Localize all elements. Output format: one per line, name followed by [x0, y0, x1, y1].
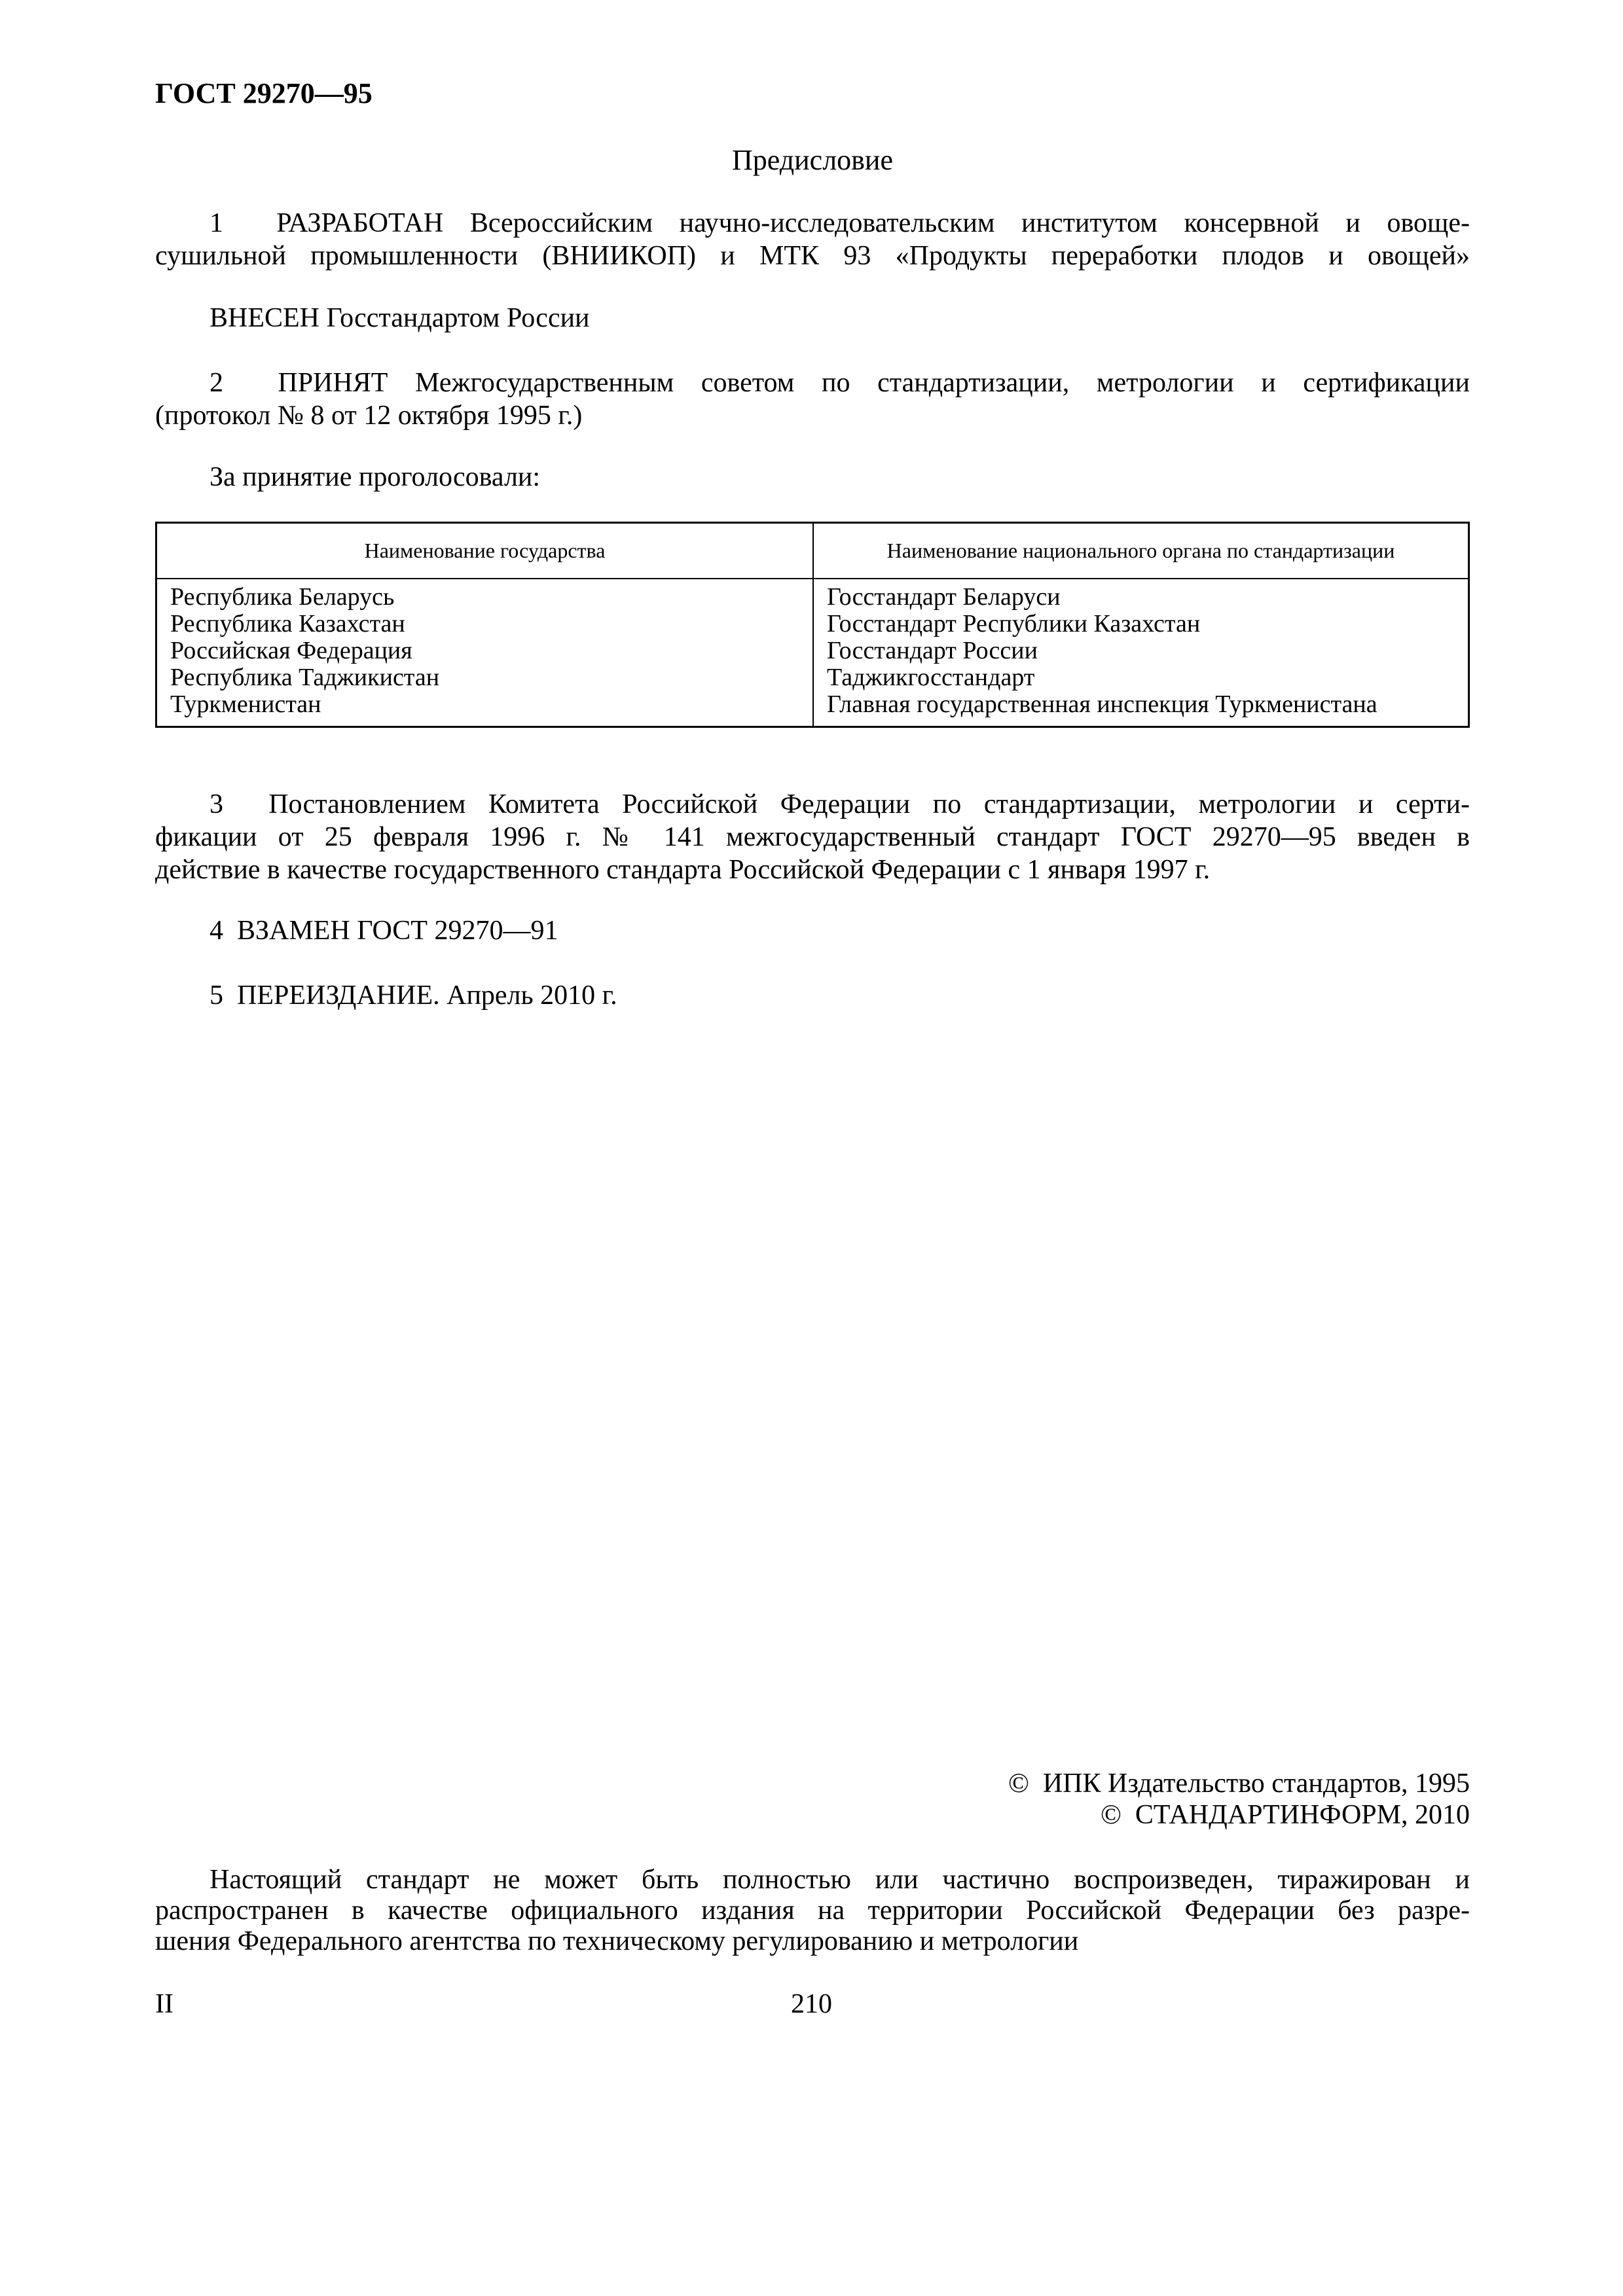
foreword-item-3: 3 Постановлением Комитета Российской Фед…	[155, 788, 1470, 886]
copyright-line: © СТАНДАРТИНФОРМ, 2010	[155, 1799, 1470, 1831]
paragraph-line: ВНЕСЕН Госстандартом России	[155, 302, 1470, 334]
table-cell-state: Республика Беларусь	[170, 584, 799, 611]
table-cell-state: Российская Федерация	[170, 637, 799, 664]
paragraph-line: 3 Постановлением Комитета Российской Фед…	[155, 788, 1470, 821]
foreword-item-5: 5 ПЕРЕИЗДАНИЕ. Апрель 2010 г.	[155, 979, 1470, 1012]
vote-table-header-body: Наименование национального органа по ста…	[814, 524, 1468, 579]
paragraph-line: распространен в качестве официального из…	[155, 1895, 1470, 1926]
document-page: ГОСТ 29270—95 Предисловие 1 РАЗРАБОТАН В…	[0, 0, 1623, 2296]
foreword-item-4: 4 ВЗАМЕН ГОСТ 29270—91	[155, 914, 1470, 947]
doc-number: ГОСТ 29270—95	[155, 77, 1470, 110]
page-title: Предисловие	[155, 144, 1470, 177]
vote-table-column-bodies: Госстандарт Беларуси Госстандарт Республ…	[814, 579, 1468, 726]
vote-table: Наименование государства Наименование на…	[155, 522, 1470, 728]
footer-page-number: 210	[0, 1988, 1623, 2020]
vote-table-header-state: Наименование государства	[157, 524, 814, 579]
paragraph-line: (протокол № 8 от 12 октября 1995 г.)	[155, 399, 1470, 432]
copyright-block: © ИПК Издательство стандартов, 1995 © СТ…	[155, 1768, 1470, 1831]
restriction-paragraph: Настоящий стандарт не может быть полност…	[155, 1865, 1470, 1957]
paragraph-line: фикации от 25 февраля 1996 г. № 141 межг…	[155, 821, 1470, 853]
paragraph-line: 4 ВЗАМЕН ГОСТ 29270—91	[155, 914, 1470, 947]
table-cell-body: Госстандарт Республики Казахстан	[827, 611, 1455, 637]
foreword-item-2: 2 ПРИНЯТ Межгосударственным советом по с…	[155, 367, 1470, 432]
paragraph-line: 2 ПРИНЯТ Межгосударственным советом по с…	[155, 367, 1470, 399]
table-cell-state: Республика Казахстан	[170, 611, 799, 637]
table-cell-state: Республика Таджикистан	[170, 664, 799, 691]
table-cell-body: Таджикгосстандарт	[827, 664, 1455, 691]
foreword-vnesen: ВНЕСЕН Госстандартом России	[155, 302, 1470, 334]
table-cell-body: Госстандарт России	[827, 637, 1455, 664]
paragraph-line: 1 РАЗРАБОТАН Всероссийским научно-исслед…	[155, 207, 1470, 240]
paragraph-line: шения Федерального агентства по техничес…	[155, 1926, 1470, 1957]
table-cell-body: Главная государственная инспекция Туркме…	[827, 691, 1455, 718]
paragraph-line: действие в качестве государственного ста…	[155, 853, 1470, 886]
paragraph-line: сушильной промышленности (ВНИИКОП) и МТК…	[155, 240, 1470, 272]
vote-table-column-states: Республика Беларусь Республика Казахстан…	[157, 579, 814, 726]
paragraph-line: За принятие проголосовали:	[155, 461, 1470, 493]
paragraph-line: 5 ПЕРЕИЗДАНИЕ. Апрель 2010 г.	[155, 979, 1470, 1012]
foreword-item-1: 1 РАЗРАБОТАН Всероссийским научно-исслед…	[155, 207, 1470, 272]
copyright-line: © ИПК Издательство стандартов, 1995	[155, 1768, 1470, 1799]
paragraph-line: Настоящий стандарт не может быть полност…	[155, 1865, 1470, 1895]
table-cell-state: Туркменистан	[170, 691, 799, 718]
table-cell-body: Госстандарт Беларуси	[827, 584, 1455, 611]
vote-intro: За принятие проголосовали:	[155, 461, 1470, 493]
